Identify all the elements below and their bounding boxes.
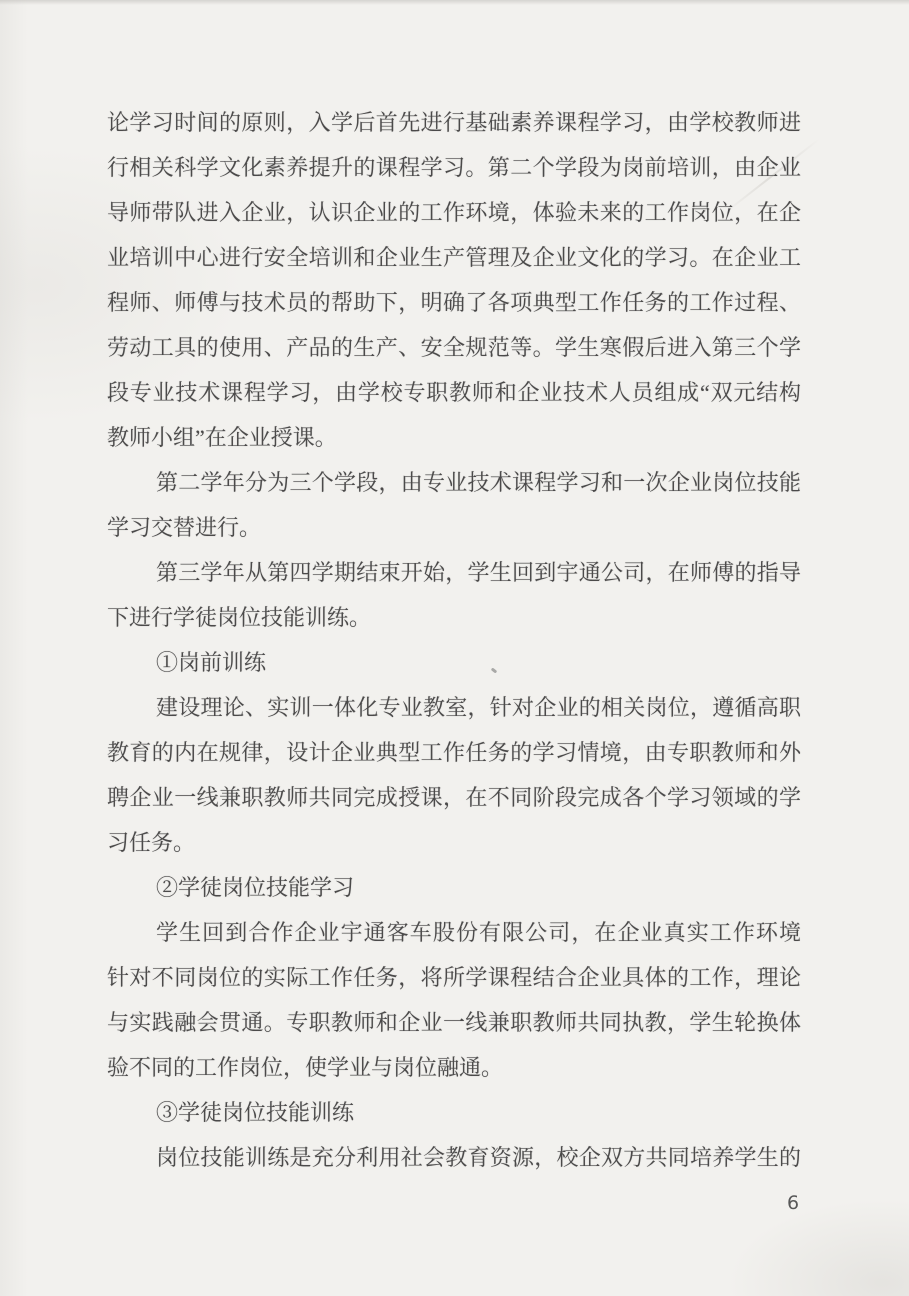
text-line: 教师小组”在企业授课。	[107, 415, 801, 460]
document-body-text: 论学习时间的原则，入学后首先进行基础素养课程学习，由学校教师进 行相关科学文化素…	[107, 100, 801, 1180]
text-line list-item-heading: ③学徒岗位技能训练	[107, 1090, 801, 1135]
text-line: 程师、师傅与技术员的帮助下，明确了各项典型工作任务的工作过程、	[107, 280, 801, 325]
text-line: 针对不同岗位的实际工作任务，将所学课程结合企业具体的工作，理论	[107, 955, 801, 1000]
text-line: 与实践融会贯通。专职教师和企业一线兼职教师共同执教，学生轮换体	[107, 1000, 801, 1045]
text-line: 聘企业一线兼职教师共同完成授课，在不同阶段完成各个学习领域的学	[107, 775, 801, 820]
text-line: 劳动工具的使用、产品的生产、安全规范等。学生寒假后进入第三个学	[107, 325, 801, 370]
text-line paragraph-start: 岗位技能训练是充分利用社会教育资源，校企双方共同培养学生的	[107, 1135, 801, 1180]
text-line: 习任务。	[107, 820, 801, 865]
text-line: 学习交替进行。	[107, 505, 801, 550]
page-number: 6	[781, 1189, 805, 1217]
text-line paragraph-start: 第三学年从第四学期结束开始，学生回到宇通公司，在师傅的指导	[107, 550, 801, 595]
scanned-document-page: 论学习时间的原则，入学后首先进行基础素养课程学习，由学校教师进 行相关科学文化素…	[0, 0, 909, 1296]
text-line paragraph-start: 第二学年分为三个学段，由专业技术课程学习和一次企业岗位技能	[107, 460, 801, 505]
text-line: 验不同的工作岗位，使学业与岗位融通。	[107, 1045, 801, 1090]
text-line paragraph-start: 建设理论、实训一体化专业教室，针对企业的相关岗位，遵循高职	[107, 685, 801, 730]
text-line list-item-heading: ①岗前训练	[107, 640, 801, 685]
text-line: 行相关科学文化素养提升的课程学习。第二个学段为岗前培训，由企业	[107, 145, 801, 190]
text-line: 段专业技术课程学习，由学校专职教师和企业技术人员组成“双元结构	[107, 370, 801, 415]
text-line: 业培训中心进行安全培训和企业生产管理及企业文化的学习。在企业工	[107, 235, 801, 280]
text-line paragraph-start: 学生回到合作企业宇通客车股份有限公司，在企业真实工作环境中，	[107, 910, 801, 955]
text-line: 下进行学徒岗位技能训练。	[107, 595, 801, 640]
text-line: 论学习时间的原则，入学后首先进行基础素养课程学习，由学校教师进	[107, 100, 801, 145]
text-line: 教育的内在规律，设计企业典型工作任务的学习情境，由专职教师和外	[107, 730, 801, 775]
text-line list-item-heading: ②学徒岗位技能学习	[107, 865, 801, 910]
text-line: 导师带队进入企业，认识企业的工作环境，体验未来的工作岗位，在企	[107, 190, 801, 235]
